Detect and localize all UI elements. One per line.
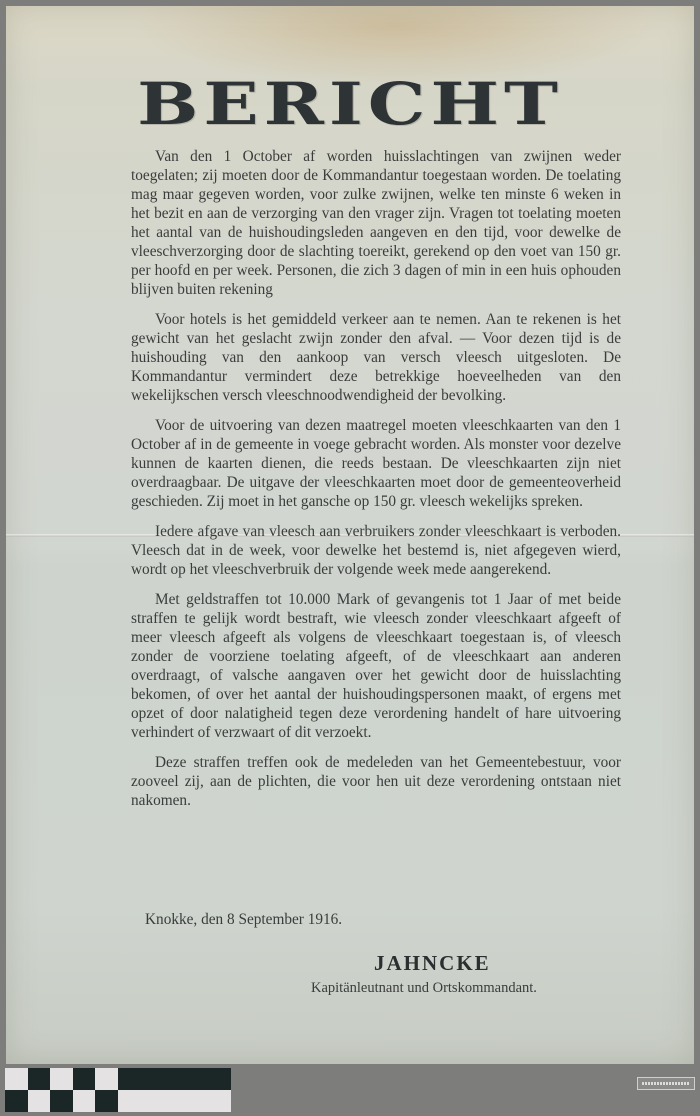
calibration-color-bar <box>5 1068 231 1112</box>
signature-title: Kapitänleutnant und Ortskommandant. <box>311 980 537 997</box>
paragraph-6: Deze straffen treffen ook de medeleden v… <box>131 753 621 810</box>
poster-body: Van den 1 October af worden huisslachtin… <box>131 147 621 821</box>
paragraph-4: Iedere afgave van vleesch aan verbruiker… <box>131 522 621 579</box>
signature-name: JAHNCKE <box>374 951 491 976</box>
paragraph-3: Voor de uitvoering van dezen maatregel m… <box>131 416 621 511</box>
paragraph-2: Voor hotels is het gemiddeld verkeer aan… <box>131 310 621 405</box>
paragraph-1: Van den 1 October af worden huisslachtin… <box>131 147 621 299</box>
place-date: Knokke, den 8 September 1916. <box>145 911 342 929</box>
poster-title: BERICHT <box>0 70 700 138</box>
reference-label <box>637 1077 695 1090</box>
paragraph-5: Met geldstraffen tot 10.000 Mark of geva… <box>131 590 621 742</box>
